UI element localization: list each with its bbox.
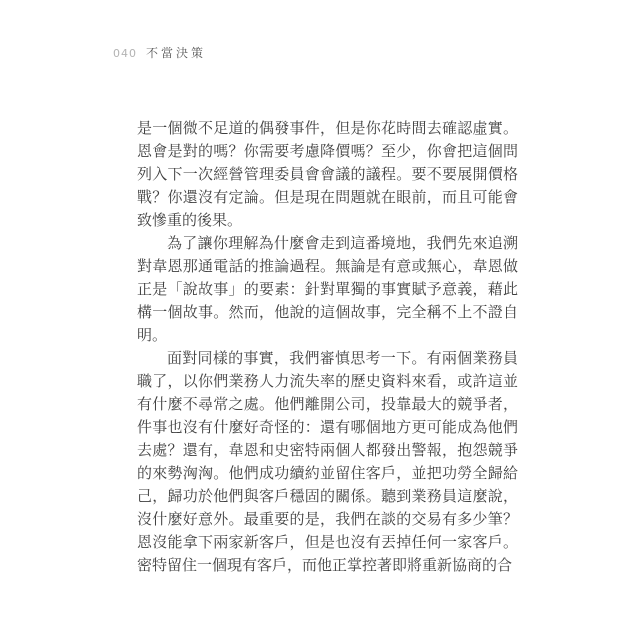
running-head: 040 不當決策 — [113, 44, 206, 61]
text-line: 列入下一次經營管理委員會會議的議程。要不要展開價格 — [137, 163, 518, 186]
page-number: 040 — [113, 47, 137, 60]
text-line: 己，歸功於他們與客戶穩固的關係。聽到業務員這麼說，也 — [137, 485, 518, 508]
paragraph: 為了讓你理解為什麼會走到這番境地，我們先來追溯你對韋恩那通電話的推論過程。無論是… — [137, 232, 518, 347]
text-line: 面對同樣的事實，我們審慎思考一下。有兩個業務員辭 — [137, 347, 518, 370]
text-line: 的來勢洶洶。他們成功續約並留住客戶，並把功勞全歸給自 — [137, 462, 518, 485]
text-line: 為了讓你理解為什麼會走到這番境地，我們先來追溯你 — [137, 232, 518, 255]
text-line: 密特留住一個現有客戶，而他正掌控著即將重新協商的合 — [137, 554, 518, 577]
text-line: 恩沒能拿下兩家新客戶，但是也沒有丟掉任何一家客戶。史 — [137, 531, 518, 554]
text-line: 有什麼不尋常之處。他們離開公司，投靠最大的競爭者，這 — [137, 393, 518, 416]
text-line: 職了，以你們業務人力流失率的歷史資料來看，或許這並沒 — [137, 370, 518, 393]
book-page: 040 不當決策 是一個微不足道的偶發事件，但是你花時間去確認虛實。韋恩會是對的… — [0, 0, 640, 640]
text-line: 去處？還有，韋恩和史密特兩個人都發出警報，抱怨競爭者 — [137, 439, 518, 462]
text-line: 對韋恩那通電話的推論過程。無論是有意或無心，韋恩做的 — [137, 255, 518, 278]
text-line: 明。 — [137, 324, 518, 347]
text-line: 件事也沒有什麼好奇怪的：還有哪個地方更可能成為他們的 — [137, 416, 518, 439]
text-line: 沒什麼好意外。最重要的是，我們在談的交易有多少筆？韋 — [137, 508, 518, 531]
paragraph: 面對同樣的事實，我們審慎思考一下。有兩個業務員辭職了，以你們業務人力流失率的歷史… — [137, 347, 518, 577]
text-line: 是一個微不足道的偶發事件，但是你花時間去確認虛實。韋 — [137, 117, 518, 140]
chapter-title: 不當決策 — [146, 44, 206, 61]
text-line: 恩會是對的嗎？你需要考慮降價嗎？至少，你會把這個問題 — [137, 140, 518, 163]
text-line: 致慘重的後果。 — [137, 209, 518, 232]
paragraph: 是一個微不足道的偶發事件，但是你花時間去確認虛實。韋恩會是對的嗎？你需要考慮降價… — [137, 117, 518, 232]
text-line: 戰？你還沒有定論。但是現在問題就在眼前，而且可能會導 — [137, 186, 518, 209]
text-line: 正是「說故事」的要素：針對單獨的事實賦予意義，藉此建 — [137, 278, 518, 301]
body-text: 是一個微不足道的偶發事件，但是你花時間去確認虛實。韋恩會是對的嗎？你需要考慮降價… — [137, 117, 518, 577]
text-line: 構一個故事。然而，他說的這個故事，完全稱不上不證自 — [137, 301, 518, 324]
